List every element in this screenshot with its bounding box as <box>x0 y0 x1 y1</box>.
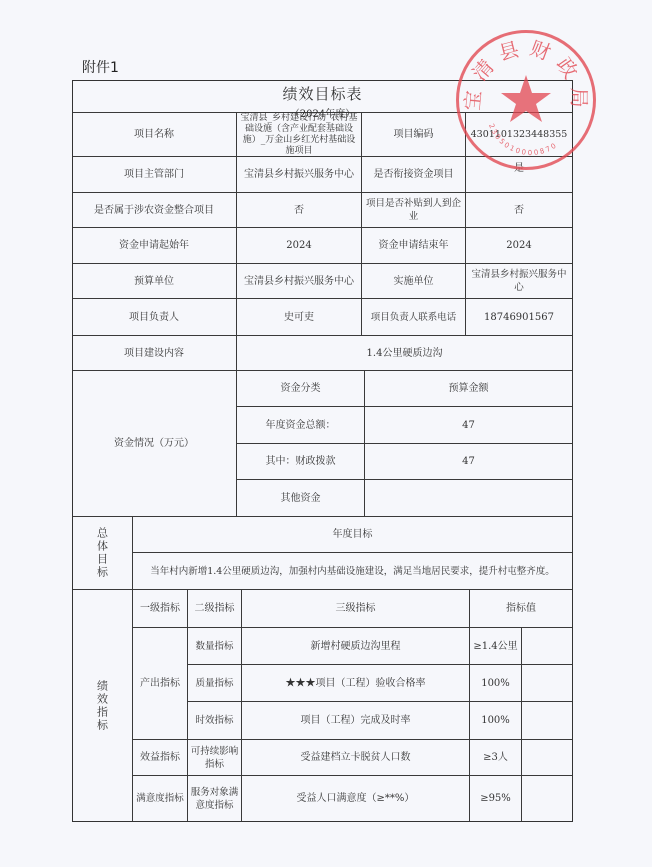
end-year-label: 资金申请结束年 <box>362 228 466 264</box>
owner-value: 史可吏 <box>237 299 362 336</box>
impl-unit-label: 实施单位 <box>362 264 466 299</box>
indicators-label-text: 绩效指标 <box>96 680 109 732</box>
indicator-level3: 受益人口满意度（≥**%） <box>242 776 470 822</box>
dept-value: 宝清县乡村振兴服务中心 <box>237 157 362 193</box>
indicator-level2: 质量指标 <box>188 665 242 702</box>
indicators-label: 绩效指标 <box>72 590 133 822</box>
funds-row-category: 年度资金总额： <box>237 407 365 444</box>
attachment-label: 附件1 <box>82 57 119 77</box>
header-level3: 三级指标 <box>242 590 470 628</box>
funds-row-amount: 47 <box>365 444 573 480</box>
start-year-value: 2024 <box>237 228 362 264</box>
group-output: 产出指标 <box>133 628 188 740</box>
overall-goal-header: 年度目标 <box>133 517 573 553</box>
content-value: 1.4公里硬质边沟 <box>237 336 573 371</box>
indicator-value: ≥95% <box>470 776 522 822</box>
project-code-value: 4301101323448355 <box>466 113 573 157</box>
overall-goal-label: 总体目标 <box>72 517 133 590</box>
overall-goal-label-text: 总体目标 <box>96 527 109 579</box>
indicator-value: ≥1.4公里 <box>470 628 522 665</box>
indicator-level2: 数量指标 <box>188 628 242 665</box>
impl-unit-value: 宝清县乡村振兴服务中心 <box>466 264 573 299</box>
funds-row-amount <box>365 480 573 517</box>
linked-fund-label: 是否衔接资金项目 <box>362 157 466 193</box>
agri-integration-value: 否 <box>237 193 362 228</box>
agri-integration-label: 是否属于涉农资金整合项目 <box>72 193 237 228</box>
linked-fund-value: 是 <box>466 157 573 193</box>
header-level2: 二级指标 <box>188 590 242 628</box>
phone-value: 18746901567 <box>466 299 573 336</box>
end-year-value: 2024 <box>466 228 573 264</box>
header-level1: 一级指标 <box>133 590 188 628</box>
phone-label: 项目负责人联系电话 <box>362 299 466 336</box>
funds-row-amount: 47 <box>365 407 573 444</box>
indicator-value-extra <box>522 702 573 740</box>
group-satisfaction: 满意度指标 <box>133 776 188 822</box>
indicator-value-extra <box>522 665 573 702</box>
indicator-level2: 可持续影响指标 <box>188 740 242 776</box>
indicator-value: 100% <box>470 702 522 740</box>
budget-unit-value: 宝清县乡村振兴服务中心 <box>237 264 362 299</box>
dept-label: 项目主管部门 <box>72 157 237 193</box>
indicator-value-extra <box>522 628 573 665</box>
indicator-value: ≥3人 <box>470 740 522 776</box>
funds-header-category: 资金分类 <box>237 371 365 407</box>
owner-label: 项目负责人 <box>72 299 237 336</box>
subsidy-value: 否 <box>466 193 573 228</box>
form-title-block: 绩效目标表 （2024年度） <box>72 80 573 113</box>
indicator-value-extra <box>522 776 573 822</box>
indicator-value-extra <box>522 740 573 776</box>
content-label: 项目建设内容 <box>72 336 237 371</box>
project-code-label: 项目编码 <box>362 113 466 157</box>
start-year-label: 资金申请起始年 <box>72 228 237 264</box>
form-title: 绩效目标表 <box>72 83 573 104</box>
indicator-level3: 新增村硬质边沟里程 <box>242 628 470 665</box>
funds-label: 资金情况（万元） <box>72 371 237 517</box>
indicator-level3: ★★★项目（工程）验收合格率 <box>242 665 470 702</box>
indicator-level2: 时效指标 <box>188 702 242 740</box>
funds-header-amount: 预算金额 <box>365 371 573 407</box>
overall-goal-text: 当年村内新增1.4公里硬质边沟，加强村内基础设施建设，满足当地居民要求，提升村屯… <box>133 553 573 590</box>
indicator-level2: 服务对象满意度指标 <box>188 776 242 822</box>
budget-unit-label: 预算单位 <box>72 264 237 299</box>
funds-row-category: 其他资金 <box>237 480 365 517</box>
indicator-level3: 受益建档立卡脱贫人口数 <box>242 740 470 776</box>
project-name-value: 宝清县_乡村建设行动_农村基础设施（含产业配套基础设施）_万金山乡红光村基础设施… <box>237 113 362 157</box>
indicator-level3: 项目（工程）完成及时率 <box>242 702 470 740</box>
header-value: 指标值 <box>470 590 573 628</box>
indicator-value: 100% <box>470 665 522 702</box>
group-benefit: 效益指标 <box>133 740 188 776</box>
project-name-label: 项目名称 <box>72 113 237 157</box>
funds-row-category: 其中：财政拨款 <box>237 444 365 480</box>
subsidy-label: 项目是否补贴到人到企业 <box>362 193 466 228</box>
